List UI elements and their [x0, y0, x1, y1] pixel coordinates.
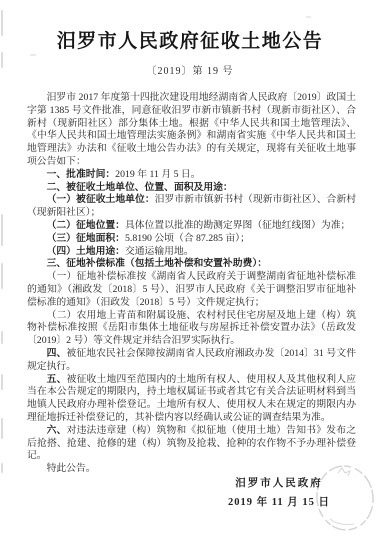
paragraph-text: 被征收土地四至范围内的土地所有权人、使用权人及其他权利人应当在本公告规定的期限内…	[27, 374, 356, 423]
scan-artifact	[1, 263, 3, 289]
paragraph-text: 被征地农民社会保障按湖南省人民政府湘政办发〔2014〕31 号文件规定执行。	[27, 348, 356, 372]
paragraph: （二）征地位置：具体位置以批准的勘测定界图（征地红线图）为准；	[27, 220, 356, 233]
paragraph-lead: 三、征地补偿标准（包括土地补偿和安置补助费）：	[47, 258, 267, 269]
paragraph-lead: 五、	[47, 374, 67, 385]
scan-artifact	[1, 52, 3, 68]
paragraph: 五、被征收土地四至范围内的土地所有权人、使用权人及其他权利人应当在本公告规定的期…	[27, 374, 356, 425]
signature-date: 2019 年 11 月 15 日	[228, 498, 330, 509]
paragraph: 四、被征地农民社会保障按湖南省人民政府湘政办发〔2014〕31 号文件规定执行。	[27, 348, 356, 374]
paragraph: （四）土地用途：交通运输用地。	[27, 246, 356, 259]
paragraph: 二、被征收土地单位、位置、面积及用途：	[27, 182, 356, 195]
scan-artifact	[1, 214, 3, 246]
paragraph: 特此公告。	[27, 463, 356, 476]
scan-artifact	[1, 418, 3, 439]
signature-issuer: 汨罗市人民政府	[228, 479, 330, 490]
scan-artifact	[30, 54, 36, 56]
paragraph-lead: （二）征地位置：	[47, 220, 125, 231]
paragraph: （二）农用地上青苗和附属设施、农村村民住宅房屋及地上建（构）筑物补偿标准按照《岳…	[27, 310, 356, 348]
paragraph: 一、批准时间：2019 年 11 月 5 日。	[27, 169, 356, 182]
paragraph-text: 汨罗市 2017 年度第十四批次建设用地经湖南省人民政府〔2019〕政国土字第 …	[27, 92, 356, 167]
paragraph-text: 特此公告。	[47, 463, 96, 474]
document-title: 汨罗市人民政府征收土地公告	[20, 26, 360, 53]
paragraph-text: 5.8190 公顷（合 87.285 亩）；	[125, 233, 250, 244]
paragraph: （三）征地面积：5.8190 公顷（合 87.285 亩）；	[27, 233, 356, 246]
scan-artifact	[1, 463, 3, 473]
paragraph-text: （二）农用地上青苗和附属设施、农村村民住宅房屋及地上建（构）筑物补偿标准按照《岳…	[27, 310, 356, 347]
paragraph-lead: 一、批准时间：	[47, 169, 116, 180]
paragraph-text: 交通运输用地。	[125, 246, 194, 257]
scan-artifact	[1, 374, 3, 390]
paragraph-lead: 六、	[47, 425, 67, 436]
paragraph-lead: 四、	[47, 348, 67, 359]
paragraph-lead: （四）土地用途：	[47, 246, 125, 257]
scan-artifact	[1, 10, 3, 36]
document-number: 〔2019〕第 19 号	[0, 62, 380, 77]
paragraph-text: 对违法违章建（构）筑物和《拟征地（使用土地）告知书》发布之后抢搭、抢建、抢修的建…	[27, 425, 356, 462]
document-body: 汨罗市 2017 年度第十四批次建设用地经湖南省人民政府〔2019〕政国土字第 …	[27, 92, 356, 476]
paragraph: （一）征地补偿标准按《湖南省人民政府关于调整湖南省征地补偿标准的通知》（湘政发〔…	[27, 271, 356, 309]
paragraph: 六、对违法违章建（构）筑物和《拟征地（使用土地）告知书》发布之后抢搭、抢建、抢修…	[27, 425, 356, 463]
document-page: 汨罗市人民政府征收土地公告 〔2019〕第 19 号 汨罗市 2017 年度第十…	[0, 0, 380, 541]
paragraph-lead: （一）被征收土地单位：	[47, 194, 155, 205]
paragraph: 三、征地补偿标准（包括土地补偿和安置补助费）：	[27, 258, 356, 271]
paragraph-text: 具体位置以批准的勘测定界图（征地红线图）为准；	[125, 220, 350, 231]
paragraph: 汨罗市 2017 年度第十四批次建设用地经湖南省人民政府〔2019〕政国土字第 …	[27, 92, 356, 169]
paragraph: （一）被征收土地单位：汨罗市新市镇新书村（现新市街社区）、合新村（现新阳社区）；	[27, 194, 356, 220]
scan-artifact	[306, 16, 311, 18]
paragraph-text: （一）征地补偿标准按《湖南省人民政府关于调整湖南省征地补偿标准的通知》（湘政发〔…	[27, 271, 356, 308]
paragraph-lead: 二、被征收土地单位、位置、面积及用途：	[47, 182, 233, 193]
paragraph-text: 2019 年 11 月 5 日。	[115, 169, 200, 180]
scan-artifact	[1, 331, 3, 344]
signature-block: 汨罗市人民政府 2019 年 11 月 15 日	[228, 479, 330, 508]
paragraph-lead: （三）征地面积：	[47, 233, 125, 244]
